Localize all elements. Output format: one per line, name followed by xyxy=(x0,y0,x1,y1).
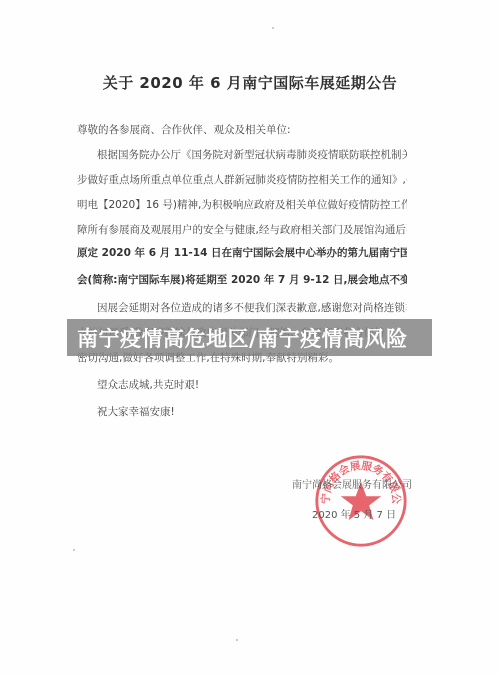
company-seal-icon: 南宁尚格会展服务有限公司 xyxy=(313,453,409,549)
closing-line-1: 望众志成城,共克时艰! xyxy=(97,373,427,398)
salutation: 尊敬的各参展商、合作伙伴、观众及相关单位: xyxy=(77,122,291,137)
paragraph-line: 步做好重点场所重点单位重点人群新冠肺炎疫情防控相关工作的通知》,(国办发 xyxy=(77,168,407,193)
paragraph-line: 根据国务院办公厅《国务院对新型冠状病毒肺炎疫情联防联控机制关于进一 xyxy=(77,143,407,168)
paragraph-postponement: 原定 2020 年 6 月 11-14 日在南宁国际会展中心举办的第九届南宁国际… xyxy=(77,240,407,294)
document-title: 关于 2020 年 6 月南宁国际车展延期公告 xyxy=(0,72,500,93)
scan-speck xyxy=(73,549,75,551)
overlay-banner: 南宁疫情高危地区/南宁疫情高风险 xyxy=(67,319,432,356)
scan-speck xyxy=(236,639,238,641)
signature-date: 2020 年 5 月 7 日 xyxy=(312,506,396,521)
overlay-banner-text: 南宁疫情高危地区/南宁疫情高风险 xyxy=(77,323,408,353)
paragraph-line: 会(简称:南宁国际车展)将延期至 2020 年 7 月 9-12 日,展会地点不… xyxy=(77,267,407,294)
paragraph-regulation: 根据国务院办公厅《国务院对新型冠状病毒肺炎疫情联防联控机制关于进一 步做好重点场… xyxy=(77,143,407,243)
paragraph-line: 原定 2020 年 6 月 11-14 日在南宁国际会展中心举办的第九届南宁国际… xyxy=(77,240,407,267)
scan-speck xyxy=(272,27,274,29)
paragraph-line: 因展会延期对各位造成的诸多不便我们深表歉意,感谢您对尚格连锁车展的 xyxy=(77,296,407,321)
signature-organization: 南宁尚格会展服务有限公司 xyxy=(292,476,412,491)
closing-line-2: 祝大家幸福安康! xyxy=(97,400,427,425)
paragraph-line: 明电【2020】16 号)精神,为积极响应政府及相关单位做好疫情防控工作,保 xyxy=(77,193,407,218)
document-page: 关于 2020 年 6 月南宁国际车展延期公告 尊敬的各参展商、合作伙伴、观众及… xyxy=(0,0,500,676)
